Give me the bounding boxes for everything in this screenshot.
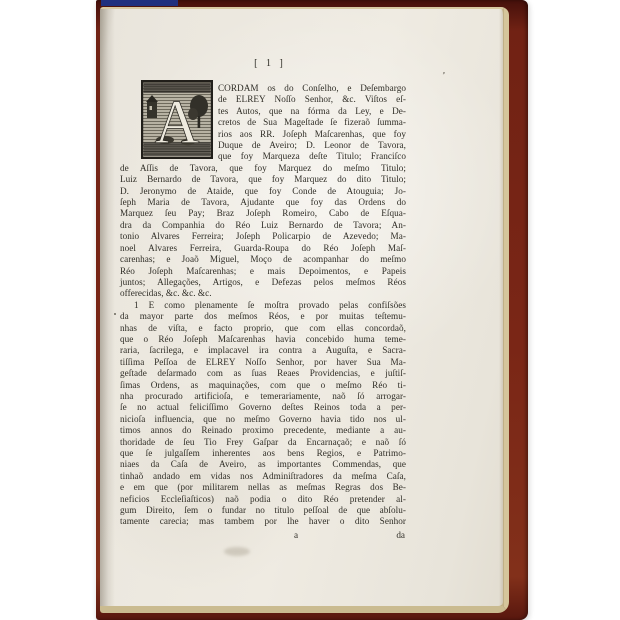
paragraph-2-lines: 1 E como plenamente ſe moſtra provado pe… [120, 300, 406, 528]
dropcap-letter: A [155, 89, 200, 157]
woodcut-initial-icon: A [141, 80, 213, 159]
text-line: gum Direito, ſem o fundar no titulo peſſ… [120, 505, 406, 516]
text-line: ſimas Ordens, as maquinações, com que o … [120, 380, 406, 391]
text-line: CORDAM os do Conſelho, e Deſembargo [218, 83, 406, 94]
text-line: tiſſima Peſſoa de ELREY Noſſo Senhor, po… [120, 357, 406, 368]
text-line: nha procurado artificioſa, e temerariame… [120, 391, 406, 402]
text-line: Marquez ſeu Pay; Braz Joſeph Romeiro, Ca… [120, 208, 406, 219]
text-line: nhas de viſta, e facto proprio, que com … [120, 323, 406, 334]
text-line: timos annos do Reinado proximo precedent… [120, 425, 406, 436]
text-block: [ 1 ] [120, 58, 406, 541]
text-line: rios aos RR. Joſeph Maſcarenhas, que foy [218, 129, 406, 140]
text-line: de Aſſis de Tavora, que foy Marquez do m… [120, 163, 406, 174]
text-line: juntos; Allegações, Artigos, e Defezas p… [120, 277, 406, 288]
text-line: ſe no actual feliciſſimo Governo deſtes … [120, 402, 406, 413]
text-line: que ſe julgaſſem inherentes aos bens Reg… [120, 448, 406, 459]
signature-mark: a [294, 530, 298, 541]
endpaper-blue-edge [101, 0, 178, 6]
text-line: carenhas; e Joaõ Miguel, Moço de acompan… [120, 254, 406, 265]
text-line: Luiz Bernardo de Tavora, que foy Marquez… [120, 174, 406, 185]
text-line: neficios Eccleſiaſticos) naõ podia o dit… [120, 494, 406, 505]
text-line: niaes da Caſa de Aveiro, as importantes … [120, 459, 406, 470]
text-line: tonio Alvares Ferreira; Joſeph Policarpi… [120, 231, 406, 242]
text-line: que o Réo Joſeph Maſcarenhas havia conce… [120, 334, 406, 345]
text-line: D. Jeronymo de Ataide, que foy Conde de … [120, 186, 406, 197]
text-line: 1 E como plenamente ſe moſtra provado pe… [120, 300, 406, 311]
text-line: offerecidas, &c. &c. &c. [120, 288, 406, 299]
text-line: thoridade de ſeu Tio Frey Gaſpar da Enca… [120, 437, 406, 448]
text-line: nicioſa influencia, que no meſmo Governo… [120, 414, 406, 425]
text-line: geſtade deſarmado com as ſuas Reaes Prov… [120, 368, 406, 379]
margin-dot [114, 313, 116, 315]
text-line: e em que (por militarem nellas as meſmas… [120, 482, 406, 493]
text-line: tamente carecia; mas tambem por lhe have… [120, 516, 406, 527]
text-line: Duque de Aveiro; D. Leonor de Tavora, [218, 140, 406, 151]
text-line: de ELREY Noſſo Senhor, &c. Viſtos eſ- [218, 94, 406, 105]
text-line: cretos de Sua Mageſtade ſe fizeraõ ſumma… [218, 117, 406, 128]
text-line: da mayor parte dos meſmos Réos, e por mu… [120, 311, 406, 322]
page-number: [ 1 ] [120, 58, 406, 70]
text-line: dra da Companhia do Réo Luiz Bernardo de… [120, 220, 406, 231]
book-page: [ 1 ] [100, 7, 509, 613]
text-line: Réo Joſeph Maſcarenhas; e mais Depoiment… [120, 266, 406, 277]
text-line: tinhaõ andado em vidas nos Adminiſtrador… [120, 471, 406, 482]
text-line: noel Alvares Ferreira, Guarda-Roupa do R… [120, 243, 406, 254]
text-line: tes Autos, que na fórma da Ley, e De- [218, 106, 406, 117]
text-line: ſeph Maria de Tavora, Ajudante que foy d… [120, 197, 406, 208]
book-photo: [ 1 ] [0, 0, 620, 620]
ink-smudge [224, 547, 250, 556]
text-line: raria, ſacrilega, e implacavel ira contr… [120, 345, 406, 356]
signature-row: a da [120, 530, 406, 541]
text-line: que foy Marqueza deſte Titulo; Franciſco [218, 151, 406, 162]
paragraph-1-full-lines: de Aſſis de Tavora, que foy Marquez do m… [120, 163, 406, 300]
catchword: da [396, 530, 405, 541]
